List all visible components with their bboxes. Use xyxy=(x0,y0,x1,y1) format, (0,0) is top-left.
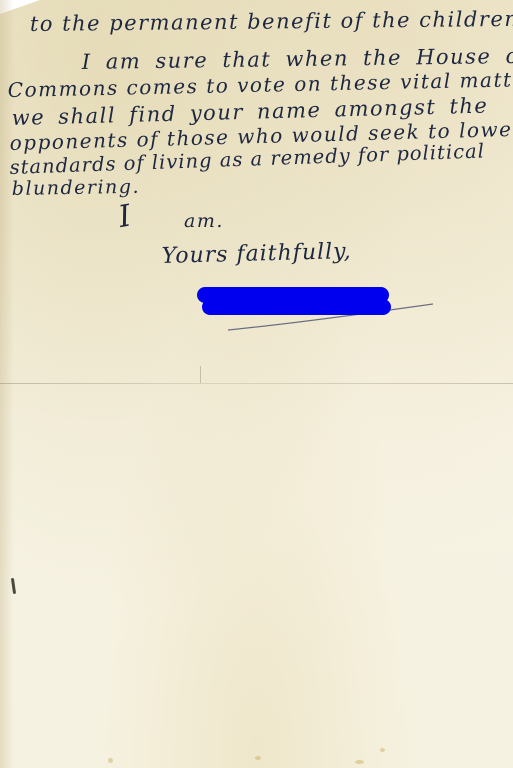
closing-am: am. xyxy=(184,210,224,232)
foxing-spot xyxy=(380,748,385,752)
paper-crease-mark xyxy=(200,366,201,383)
letter-line: to the permanent benefit of the children… xyxy=(30,7,513,36)
foxing-spot xyxy=(108,758,113,763)
redaction-stroke xyxy=(202,299,391,315)
foxing-spot xyxy=(255,756,261,760)
valediction: Yours faithfully, xyxy=(161,239,352,269)
paper-fold-line xyxy=(0,383,513,384)
foxing-spot xyxy=(355,760,364,764)
signature-redaction xyxy=(197,287,391,315)
letter-line: blundering. xyxy=(12,176,141,200)
